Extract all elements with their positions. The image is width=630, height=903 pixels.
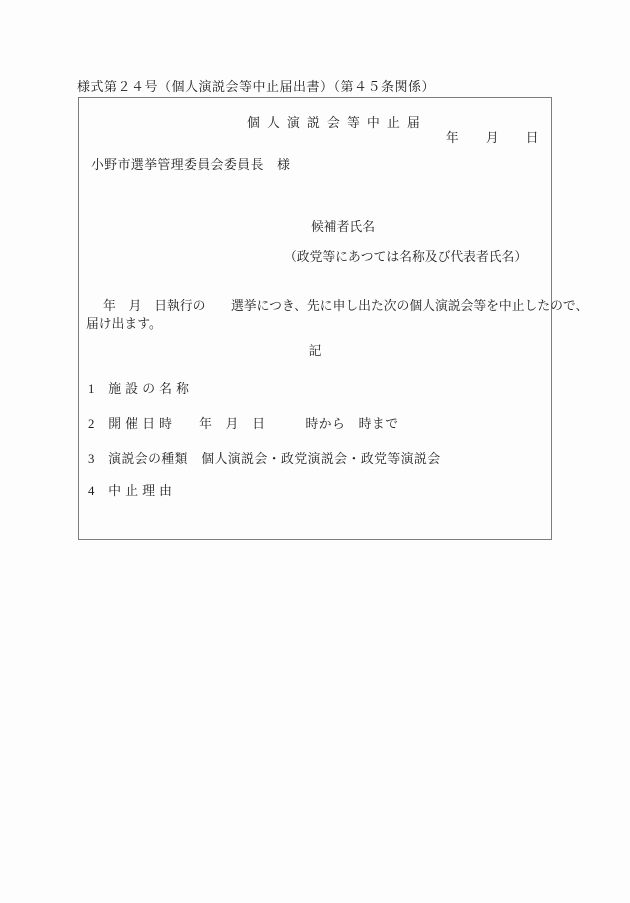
- party-name-note: （政党等にあつては名称及び代表者氏名）: [284, 250, 527, 265]
- item-row-date-time: 2 開 催 日 時 年 月 日 時から 時まで: [88, 417, 399, 432]
- form-number-title: 様式第２４号（個人演説会等中止届出書）（第４５条関係）: [77, 76, 435, 95]
- addressee-line: 小野市選挙管理委員会委員長 様: [91, 158, 290, 173]
- form-box: 個 人 演 説 会 等 中 止 届 年 月 日 小野市選挙管理委員会委員長 様 …: [78, 97, 552, 540]
- form-heading: 個 人 演 説 会 等 中 止 届: [247, 116, 422, 131]
- item-row-cancellation-reason: 4 中 止 理 由: [88, 484, 172, 499]
- candidate-name-label: 候補者氏名: [311, 220, 375, 235]
- notes-section-heading: 記: [79, 344, 551, 359]
- document-page: 様式第２４号（個人演説会等中止届出書）（第４５条関係） 個 人 演 説 会 等 …: [0, 0, 630, 903]
- item-row-facility-name: 1 施 設 の 名 称: [88, 382, 189, 397]
- date-line: 年 月 日: [446, 131, 539, 146]
- item-row-meeting-type: 3 演説会の種類 個人演説会・政党演説会・政党等演説会: [88, 452, 441, 467]
- declaration-line-2: 届け出ます。: [86, 317, 162, 332]
- declaration-line-1: 年 月 日執行の 選挙につき、先に申し出た次の個人演説会等を中止したので、: [103, 299, 588, 314]
